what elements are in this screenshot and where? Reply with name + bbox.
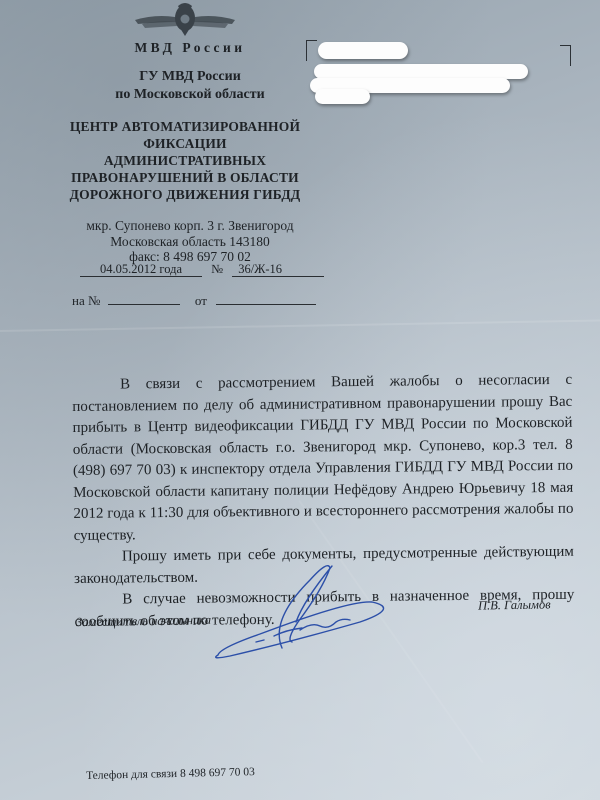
reference-date-blank	[216, 293, 316, 305]
paper-crease	[0, 319, 600, 332]
department-line-1: ГУ МВД России	[60, 68, 320, 86]
center-title-line: ЦЕНТР АВТОМАТИЗИРОВАННОЙ	[50, 118, 320, 135]
document-page: МВД России ГУ МВД России по Московской о…	[0, 0, 600, 800]
body-paragraph: В связи с рассмотрением Вашей жалобы о н…	[72, 370, 574, 547]
signer-position: Заместитель начальника	[76, 613, 211, 630]
reference-number-blank	[108, 293, 180, 305]
center-title-line: ФИКСАЦИИ	[50, 135, 320, 152]
registration-line: 04.05.2012 года № 36/Ж-16	[80, 262, 324, 277]
address-block: мкр. Супонево корп. 3 г. Звенигород Моск…	[60, 218, 320, 265]
redaction-bar	[318, 42, 408, 59]
address-line: Московская область 143180	[60, 234, 320, 250]
center-title-line: ДОРОЖНОГО ДВИЖЕНИЯ ГИБДД	[50, 186, 320, 203]
mvd-emblem-icon	[130, 0, 240, 36]
signer-name: П.В. Галымов	[478, 597, 551, 613]
reference-date-label: от	[195, 293, 207, 308]
redaction-bar	[315, 89, 370, 104]
handwritten-signature-icon	[200, 560, 390, 670]
registration-date: 04.05.2012 года	[80, 263, 202, 277]
center-title-line: ПРАВОНАРУШЕНИЙ В ОБЛАСТИ	[50, 169, 320, 186]
department-line-2: по Московской области	[60, 86, 320, 104]
reference-line: на № от	[72, 293, 316, 309]
contact-phone: Телефон для связи 8 498 697 70 03	[86, 766, 255, 782]
registration-number: 36/Ж-16	[232, 263, 324, 277]
reference-number-label: на №	[72, 293, 100, 308]
corner-bracket-left	[306, 40, 317, 61]
center-title-line: АДМИНИСТРАТИВНЫХ	[50, 152, 320, 169]
department-title: ГУ МВД России по Московской области	[60, 68, 320, 104]
ministry-title: МВД России	[60, 40, 320, 56]
corner-bracket-right	[560, 45, 571, 66]
redaction-bar	[314, 64, 528, 79]
registration-number-label: №	[211, 262, 223, 276]
center-title: ЦЕНТР АВТОМАТИЗИРОВАННОЙ ФИКСАЦИИ АДМИНИ…	[50, 118, 320, 203]
address-line: мкр. Супонево корп. 3 г. Звенигород	[60, 218, 320, 234]
